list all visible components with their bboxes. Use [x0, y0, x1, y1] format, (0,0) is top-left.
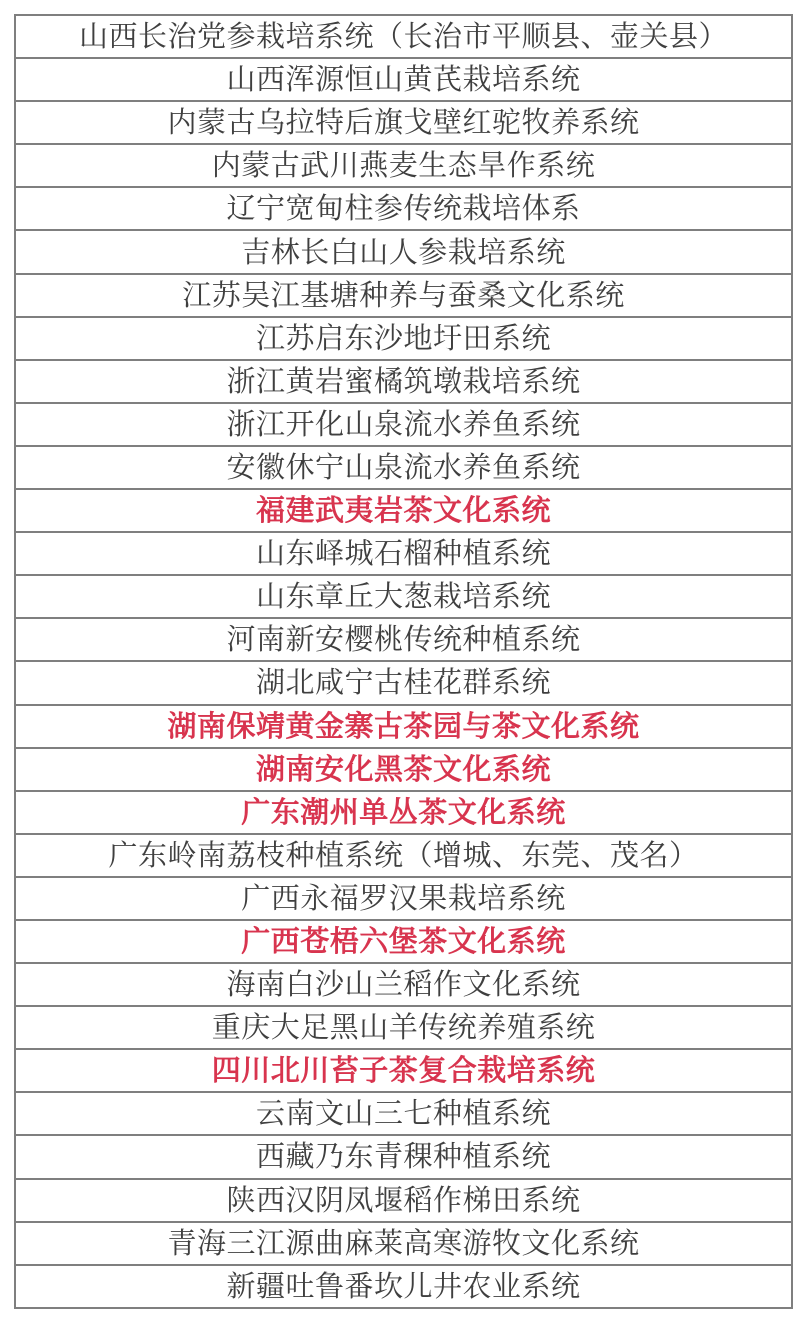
system-name: 海南白沙山兰稻作文化系统 [226, 969, 580, 1000]
system-name: 吉林长白山人参栽培系统 [241, 237, 566, 268]
table-row: 内蒙古武川燕麦生态旱作系统 [16, 145, 791, 188]
table-row: 广东潮州单丛茶文化系统 [16, 792, 791, 835]
system-name: 四川北川苔子茶复合栽培系统 [212, 1055, 596, 1086]
table-row: 湖北咸宁古桂花群系统 [16, 662, 791, 705]
system-name: 山东章丘大葱栽培系统 [256, 581, 551, 612]
system-name: 湖南保靖黄金寨古茶园与茶文化系统 [167, 711, 639, 742]
table-row: 江苏启东沙地圩田系统 [16, 318, 791, 361]
system-name: 广西苍梧六堡茶文化系统 [241, 926, 566, 957]
table-row: 江苏吴江基塘种养与蚕桑文化系统 [16, 275, 791, 318]
table-row: 广西永福罗汉果栽培系统 [16, 878, 791, 921]
table-row: 广西苍梧六堡茶文化系统 [16, 921, 791, 964]
system-name: 湖北咸宁古桂花群系统 [256, 667, 551, 698]
system-name: 山西浑源恒山黄芪栽培系统 [226, 64, 580, 95]
table-row: 浙江开化山泉流水养鱼系统 [16, 404, 791, 447]
table-row: 安徽休宁山泉流水养鱼系统 [16, 447, 791, 490]
system-name: 浙江开化山泉流水养鱼系统 [226, 409, 580, 440]
system-name: 广西永福罗汉果栽培系统 [241, 883, 566, 914]
system-name: 广东岭南荔枝种植系统（增城、东莞、茂名） [108, 840, 698, 871]
table-row: 吉林长白山人参栽培系统 [16, 231, 791, 274]
system-name: 福建武夷岩茶文化系统 [256, 495, 551, 526]
table-row: 青海三江源曲麻莱高寒游牧文化系统 [16, 1223, 791, 1266]
system-name: 重庆大足黑山羊传统养殖系统 [212, 1012, 596, 1043]
table-row: 云南文山三七种植系统 [16, 1093, 791, 1136]
table-row: 山东峄城石榴种植系统 [16, 533, 791, 576]
system-name: 山西长治党参栽培系统（长治市平顺县、壶关县） [79, 21, 728, 52]
system-name: 广东潮州单丛茶文化系统 [241, 797, 566, 828]
system-name: 内蒙古乌拉特后旗戈壁红驼牧养系统 [167, 107, 639, 138]
system-name: 青海三江源曲麻莱高寒游牧文化系统 [167, 1228, 639, 1259]
table-row: 山东章丘大葱栽培系统 [16, 576, 791, 619]
system-name: 新疆吐鲁番坎儿井农业系统 [226, 1271, 580, 1302]
system-name: 湖南安化黑茶文化系统 [256, 754, 551, 785]
table-row: 陕西汉阴凤堰稻作梯田系统 [16, 1180, 791, 1223]
table-row: 新疆吐鲁番坎儿井农业系统 [16, 1266, 791, 1307]
table-row: 内蒙古乌拉特后旗戈壁红驼牧养系统 [16, 102, 791, 145]
system-name: 江苏吴江基塘种养与蚕桑文化系统 [182, 280, 625, 311]
table-row: 重庆大足黑山羊传统养殖系统 [16, 1007, 791, 1050]
system-name: 云南文山三七种植系统 [256, 1098, 551, 1129]
table-row: 西藏乃东青稞种植系统 [16, 1136, 791, 1179]
document-page: 山西长治党参栽培系统（长治市平顺县、壶关县） 山西浑源恒山黄芪栽培系统 内蒙古乌… [0, 0, 808, 1328]
heritage-systems-table: 山西长治党参栽培系统（长治市平顺县、壶关县） 山西浑源恒山黄芪栽培系统 内蒙古乌… [14, 14, 793, 1309]
system-name: 浙江黄岩蜜橘筑墩栽培系统 [226, 366, 580, 397]
table-row: 辽宁宽甸柱参传统栽培体系 [16, 188, 791, 231]
system-name: 河南新安樱桃传统种植系统 [226, 624, 580, 655]
system-name: 西藏乃东青稞种植系统 [256, 1141, 551, 1172]
table-row: 浙江黄岩蜜橘筑墩栽培系统 [16, 361, 791, 404]
table-row: 福建武夷岩茶文化系统 [16, 490, 791, 533]
system-name: 陕西汉阴凤堰稻作梯田系统 [226, 1185, 580, 1216]
system-name: 内蒙古武川燕麦生态旱作系统 [212, 150, 596, 181]
table-row: 河南新安樱桃传统种植系统 [16, 619, 791, 662]
table-row: 广东岭南荔枝种植系统（增城、东莞、茂名） [16, 835, 791, 878]
system-name: 辽宁宽甸柱参传统栽培体系 [226, 193, 580, 224]
system-name: 江苏启东沙地圩田系统 [256, 323, 551, 354]
table-row: 山西长治党参栽培系统（长治市平顺县、壶关县） [16, 16, 791, 59]
table-row: 海南白沙山兰稻作文化系统 [16, 964, 791, 1007]
table-row: 湖南保靖黄金寨古茶园与茶文化系统 [16, 706, 791, 749]
table-row: 湖南安化黑茶文化系统 [16, 749, 791, 792]
system-name: 安徽休宁山泉流水养鱼系统 [226, 452, 580, 483]
system-name: 山东峄城石榴种植系统 [256, 538, 551, 569]
table-row: 四川北川苔子茶复合栽培系统 [16, 1050, 791, 1093]
table-row: 山西浑源恒山黄芪栽培系统 [16, 59, 791, 102]
